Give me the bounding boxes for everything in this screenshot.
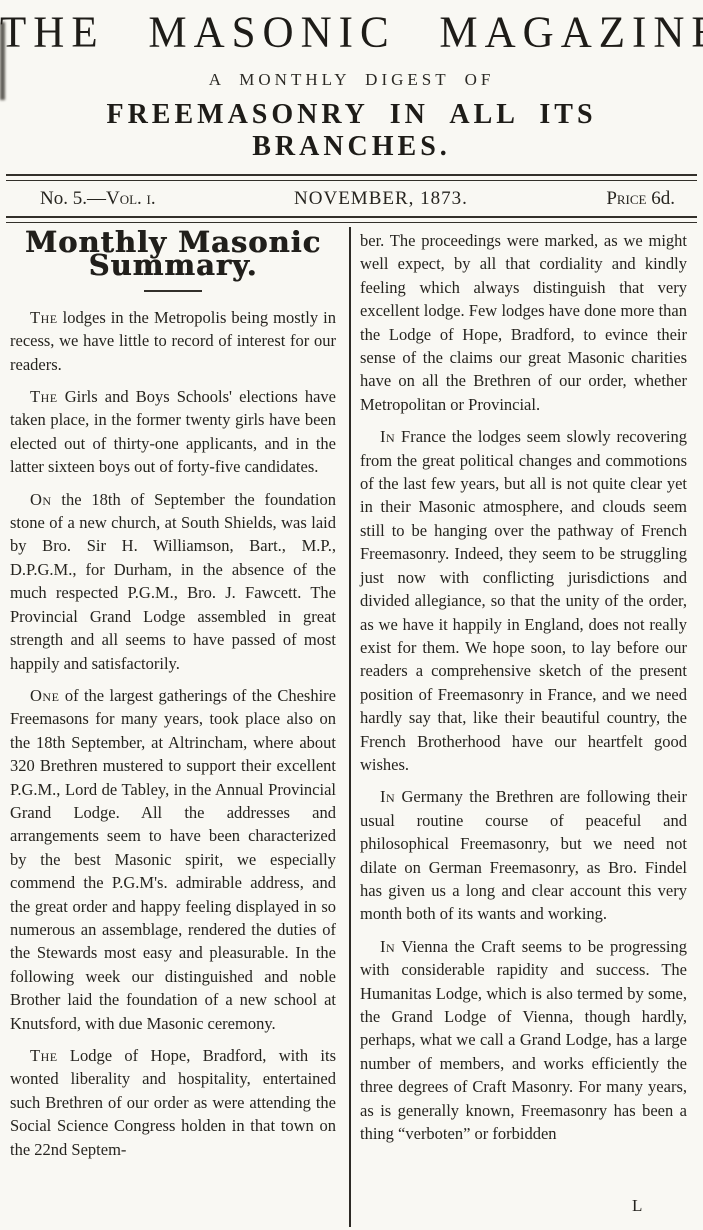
paragraph-text: the 18th of September the foundation sto… (10, 490, 336, 673)
issue-price: Price 6d. (606, 188, 675, 210)
paragraph-text: Vienna the Craft seems to be progressing… (360, 937, 687, 1143)
paragraph-lead: The (30, 1046, 58, 1065)
paragraph-continuation: ber. The proceedings were marked, as we … (360, 229, 687, 416)
left-column: Monthly Masonic Summary. The lodges in t… (10, 229, 342, 1170)
paragraph-lead: In (380, 787, 395, 806)
magazine-page: THE MASONIC MAGAZINE: A MONTHLY DIGEST O… (0, 0, 703, 1230)
volume-text: Vol. i. (106, 188, 156, 209)
paragraph-text: Germany the Brethren are following their… (360, 787, 687, 923)
paragraph: The Lodge of Hope, Bradford, with its wo… (10, 1044, 336, 1161)
price-value: 6d. (651, 188, 675, 209)
paragraph-text: of the largest gatherings of the Cheshir… (10, 686, 336, 1033)
masthead-rule-top (6, 174, 697, 181)
magazine-subtitle-line1: A MONTHLY DIGEST OF (0, 70, 703, 90)
paragraph: In France the lodges seem slowly recover… (360, 425, 687, 776)
paragraph-text: ber. The proceedings were marked, as we … (360, 231, 687, 414)
paragraph: One of the largest gatherings of the Che… (10, 684, 336, 1035)
masthead: THE MASONIC MAGAZINE: A MONTHLY DIGEST O… (0, 0, 703, 223)
right-column: ber. The proceedings were marked, as we … (342, 229, 687, 1170)
article-body: Monthly Masonic Summary. The lodges in t… (0, 223, 703, 1170)
paragraph-text: Girls and Boys Schools' elections have t… (10, 387, 336, 476)
article-heading: Monthly Masonic Summary. (10, 231, 336, 278)
magazine-subtitle-line2: FREEMASONRY IN ALL ITS BRANCHES. (0, 99, 703, 163)
paragraph: In Germany the Brethren are following th… (360, 785, 687, 925)
paragraph-lead: On (30, 490, 52, 509)
masthead-rule-bottom (6, 216, 697, 223)
column-divider (349, 227, 351, 1227)
paragraph-lead: The (30, 308, 58, 327)
heading-rule (144, 290, 202, 292)
paragraph-text: lodges in the Metropolis being mostly in… (10, 308, 336, 374)
paragraph: The lodges in the Metropolis being mostl… (10, 306, 336, 376)
paragraph: On the 18th of September the foundation … (10, 488, 336, 675)
paragraph-text: France the lodges seem slowly recovering… (360, 427, 687, 774)
paragraph: In Vienna the Craft seems to be progress… (360, 935, 687, 1146)
paragraph-lead: In (380, 937, 395, 956)
paragraph-lead: One (30, 686, 59, 705)
magazine-title: THE MASONIC MAGAZINE: (0, 7, 703, 58)
signature-mark: L (632, 1196, 642, 1216)
paragraph: The Girls and Boys Schools' elections ha… (10, 385, 336, 479)
paragraph-lead: The (30, 387, 58, 406)
issue-date: NOVEMBER, 1873. (294, 188, 468, 210)
paragraph-text: Lodge of Hope, Bradford, with its wonted… (10, 1046, 336, 1159)
issue-row: No. 5.—Vol. i. NOVEMBER, 1873. Price 6d. (0, 181, 703, 216)
paragraph-lead: In (380, 427, 395, 446)
price-label: Price (606, 188, 646, 209)
issue-number: No. 5.—Vol. i. (40, 188, 156, 210)
issue-no-text: No. 5.— (40, 188, 106, 209)
